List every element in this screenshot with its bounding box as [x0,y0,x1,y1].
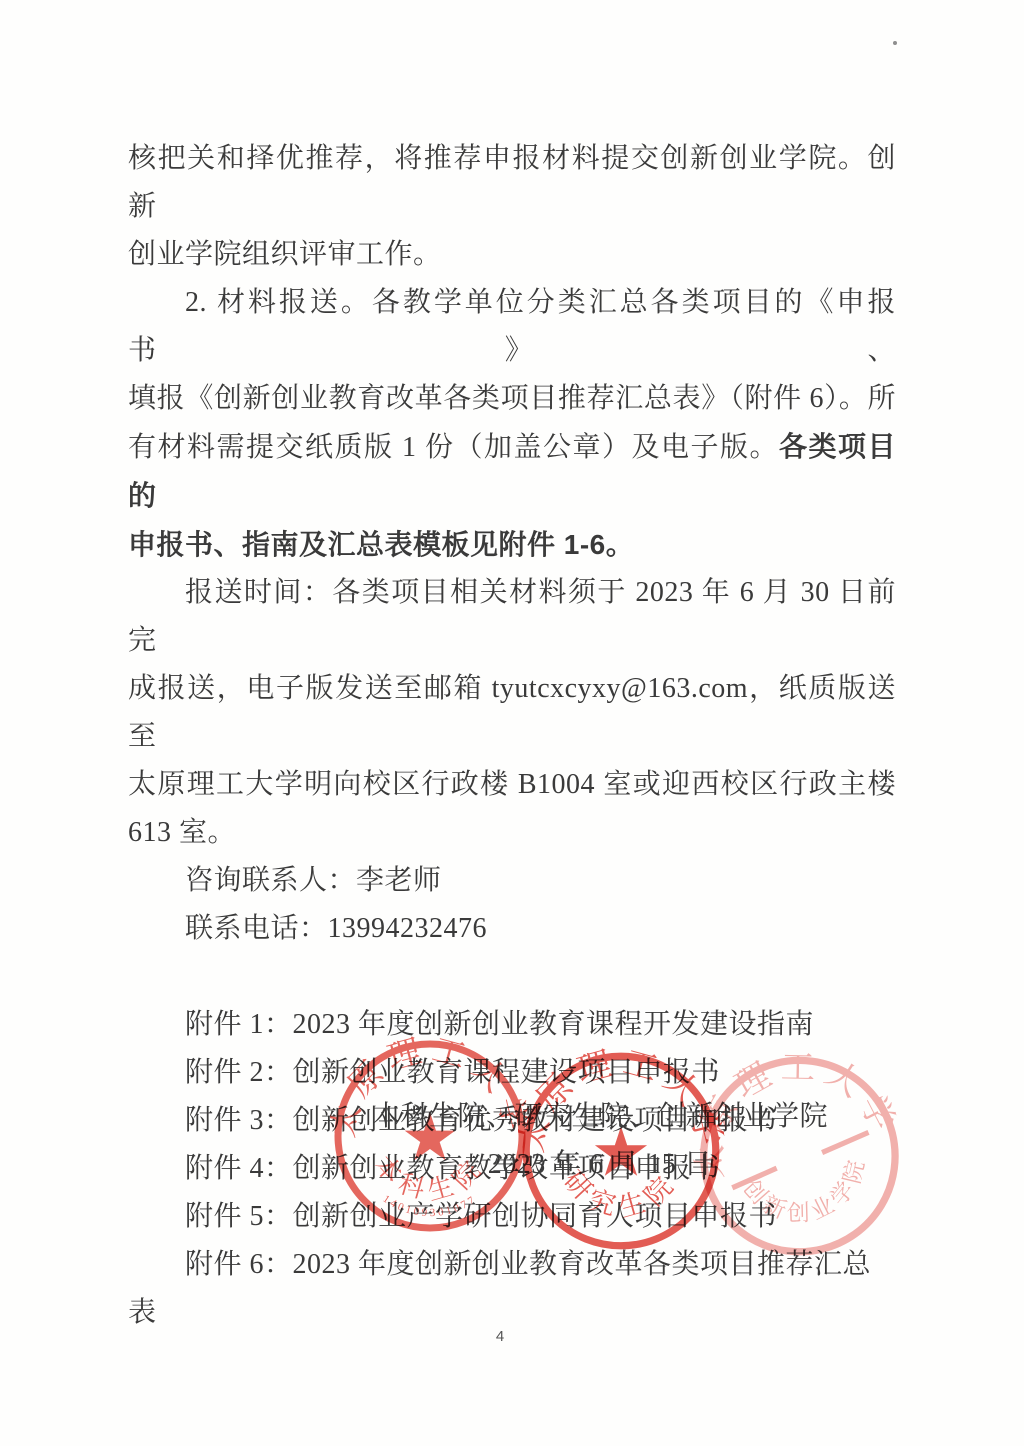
body-line: 613 室。 [128,809,896,857]
attachment-item: 附件 1：2023 年度创新创业教育课程开发建设指南 [128,1001,896,1049]
body-line: 太原理工大学明向校区行政楼 B1004 室或迎西校区行政主楼 [128,761,896,809]
attachment-item: 附件 5：创新创业产学研创协同育人项目申报书 [128,1193,896,1241]
blank-line [128,953,896,1001]
signature-units: 本科生院、研究生院、创新创业学院 [176,1097,1024,1137]
body-line: 有材料需提交纸质版 1 份（加盖公章）及电子版。各类项目的 [128,423,896,521]
attachment-item: 附件 2：创新创业教育课程建设项目申报书 [128,1049,896,1097]
attachment-item: 附件 6：2023 年度创新创业教育改革各类项目推荐汇总表 [128,1241,896,1337]
body-line: 报送时间：各类项目相关材料须于 2023 年 6 月 30 日前完 [128,569,896,665]
body-line: 创业学院组织评审工作。 [128,231,896,279]
body-line: 填报《创新创业教育改革各类项目推荐汇总表》（附件 6）。所 [128,375,896,423]
body-line: 申报书、指南及汇总表模板见附件 1-6。 [128,521,896,569]
contact-phone: 联系电话：13994232476 [128,905,896,953]
signature-date: 2023 年 6 月 15 日 [176,1145,1024,1185]
body-line: 2. 材料报送。各教学单位分类汇总各类项目的《申报书》、 [128,279,896,375]
body-line: 成报送，电子版发送至邮箱 tyutcxcyxy@163.com，纸质版送至 [128,665,896,761]
document-page: 核把关和择优推荐，将推荐申报材料提交创新创业学院。创新 创业学院组织评审工作。 … [0,0,1024,1446]
page-number: 4 [0,1328,1000,1345]
contact-person: 咨询联系人：李老师 [128,857,896,905]
body-line: 核把关和择优推荐，将推荐申报材料提交创新创业学院。创新 [128,135,896,231]
body-text: 有材料需提交纸质版 1 份（加盖公章）及电子版。 [128,432,779,463]
scan-speck [893,41,897,45]
